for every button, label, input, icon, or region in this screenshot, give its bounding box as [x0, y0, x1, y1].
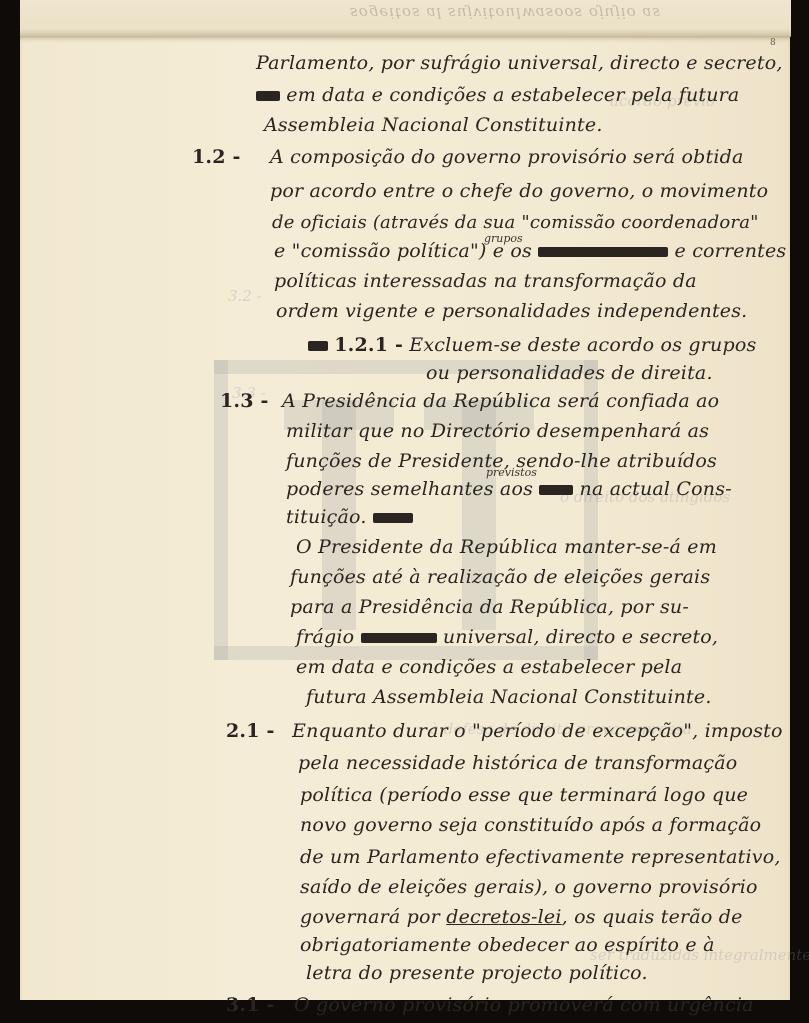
text-line: poderes semelhantes aos na actual Cons-: [286, 478, 732, 500]
text-line: ordem vigente e personalidades independe…: [276, 300, 747, 322]
text-line-content: e "comissão política") e os: [274, 240, 532, 262]
text-line: A composição do governo provisório será …: [270, 146, 744, 168]
text-line: de oficiais (através da sua "comissão co…: [272, 212, 759, 233]
text-line: O governo provisório promoverá com urgên…: [294, 994, 754, 1016]
strikeout-mark: [361, 633, 437, 643]
text-line-content: em data e condições a estabelecer pela f…: [286, 84, 739, 106]
section-number: 1.2 -: [192, 146, 241, 168]
text-line: em data e condições a estabelecer pela f…: [256, 84, 739, 106]
strikeout-mark: [538, 247, 668, 257]
text-line-content: ordem vigente e: [276, 300, 436, 322]
text-line: e "comissão política") e os e correntes: [274, 240, 786, 262]
text-line-content: personalidades independentes.: [442, 300, 748, 322]
text-line: governará por decretos-lei, os quais ter…: [300, 906, 743, 928]
text-line-content: Excluem-se deste acordo os grupos: [409, 334, 756, 356]
text-line: políticas interessadas na transformação …: [274, 270, 697, 292]
text-line: política (período esse que terminará log…: [300, 784, 748, 806]
text-line-content: governará por: [300, 906, 440, 928]
text-line-content: na actual Cons-: [580, 478, 732, 500]
section-number: 1.3 -: [220, 390, 269, 412]
strikeout-mark: [539, 485, 573, 495]
text-line-content: poderes semelhantes aos: [286, 478, 533, 500]
text-line: em data e condições a estabelecer pela: [296, 656, 682, 678]
text-line: por acordo entre o chefe do governo, o m…: [270, 180, 768, 202]
text-line: futura Assembleia Nacional Constituinte.: [306, 686, 712, 708]
text-line-content: universal, directo e secreto,: [443, 626, 718, 648]
section-number: 3.1 -: [226, 994, 275, 1016]
page-marker: 8: [770, 38, 776, 48]
text-line: O Presidente da República manter-se-á em: [296, 536, 717, 558]
text-line: ou personalidades de direita.: [426, 362, 713, 384]
text-line-content: tituição.: [286, 506, 367, 528]
previous-page-bleed-text: sogeitos al sujvitoulwasoos ojujio as: [350, 4, 661, 22]
text-line: obrigatoriamente obedecer ao espírito e …: [300, 934, 715, 956]
text-line: saído de eleições gerais), o governo pro…: [300, 876, 758, 898]
strikeout-mark: [256, 91, 280, 101]
text-line: pela necessidade histórica de transforma…: [298, 752, 737, 774]
text-line: militar que no Directório desempenhará a…: [286, 420, 709, 442]
section-number: 2.1 -: [226, 720, 275, 742]
text-line: novo governo seja constituído após a for…: [300, 814, 761, 836]
text-line-content: , os quais terão de: [562, 906, 743, 928]
text-line: tituição.: [286, 506, 413, 528]
text-line-content: frágio: [296, 626, 354, 648]
strikeout-mark: [373, 513, 413, 523]
text-line-content: e correntes: [675, 240, 787, 262]
text-line: Enquanto durar o "período de excepção", …: [292, 720, 783, 742]
underlined-term: decretos-lei: [446, 906, 561, 928]
text-line: A Presidência da República será confiada…: [282, 390, 719, 412]
text-line: Assembleia Nacional Constituinte.: [264, 114, 603, 136]
text-line: funções até à realização de eleições ger…: [290, 566, 710, 588]
text-line: para a Presidência da República, por su-: [290, 596, 689, 618]
section-number: 1.2.1 -: [334, 334, 403, 356]
text-line: Parlamento, por sufrágio universal, dire…: [256, 52, 783, 74]
previous-page-edge: sogeitos al sujvitoulwasoos ojujio as: [20, 0, 791, 37]
text-line: frágio universal, directo e secreto,: [296, 626, 718, 648]
text-line: 1.2.1 - Excluem-se deste acordo os grupo…: [308, 334, 756, 356]
text-line: letra do presente projecto político.: [306, 962, 648, 984]
text-line: de um Parlamento efectivamente represent…: [300, 846, 781, 868]
bleed-text: 3.2 -: [228, 287, 262, 305]
strikeout-mark: [308, 341, 328, 351]
